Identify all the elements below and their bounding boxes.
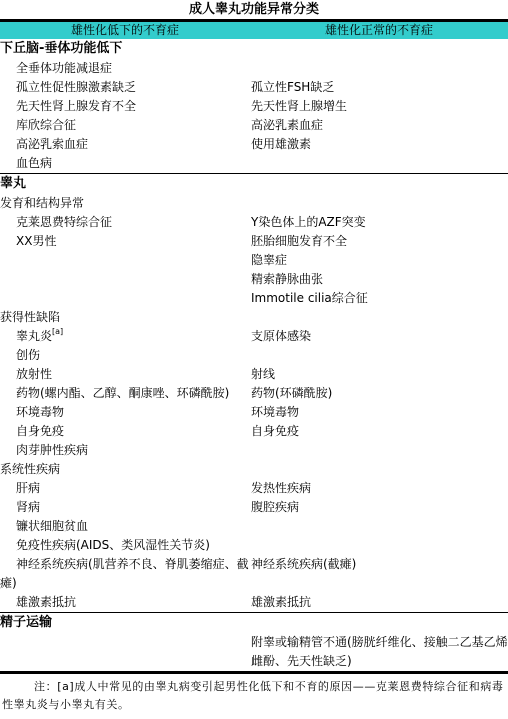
cell-left: 神经系统疾病(肌营养不良、脊肌萎缩症、截瘫)	[0, 555, 250, 593]
table-row: 隐睾症	[0, 251, 508, 270]
footnote: 注：[a]成人中常见的由睾丸病变引起男性化低下和不育的原因——克莱恩费特综合征和…	[0, 674, 508, 714]
table-row: Immotile cilia综合征	[0, 289, 508, 308]
cell-left: 自身免疫	[0, 422, 250, 441]
cell-left	[0, 251, 250, 270]
cell-right: 附睾或输精管不通(膀胱纤维化、接触二乙基乙烯雌酚、先天性缺乏)	[250, 633, 508, 673]
cell-left: 放射性	[0, 365, 250, 384]
column-header-normal-virilization: 雄性化正常的不育症	[250, 21, 508, 40]
table-row: 神经系统疾病(肌营养不良、脊肌萎缩症、截瘫) 神经系统疾病(截瘫)	[0, 555, 508, 593]
cell-right: Y染色体上的AZF突变	[250, 213, 508, 232]
cell-right: 雄激素抵抗	[250, 593, 508, 613]
cell-right: 支原体感染	[250, 327, 508, 346]
cell-left: 高泌乳索血症	[0, 135, 250, 154]
cell-right	[250, 517, 508, 536]
cell-right: 环境毒物	[250, 403, 508, 422]
cell-right: Immotile cilia综合征	[250, 289, 508, 308]
table-row: 环境毒物 环境毒物	[0, 403, 508, 422]
table-row: 睾丸炎[a] 支原体感染	[0, 327, 508, 346]
cell-left: 血色病	[0, 154, 250, 174]
cell-left: 孤立性促性腺激素缺乏	[0, 78, 250, 97]
table-row: 库欣综合征 高泌乳素血症	[0, 116, 508, 135]
subheading-row: 获得性缺陷	[0, 308, 508, 327]
cell-left: 药物(螺内酯、乙醇、酮康唑、环磷酰胺)	[0, 384, 250, 403]
cell-left	[0, 270, 250, 289]
table-row: 肾病 腹腔疾病	[0, 498, 508, 517]
cell-left: 免疫性疾病(AIDS、类风湿性关节炎)	[0, 536, 250, 555]
table-row: 自身免疫 自身免疫	[0, 422, 508, 441]
cell-left: 肾病	[0, 498, 250, 517]
table-row: 镰状细胞贫血	[0, 517, 508, 536]
cell-left: XX男性	[0, 232, 250, 251]
orchitis-label: 睾丸炎	[16, 329, 52, 343]
table-row: 肝病 发热性疾病	[0, 479, 508, 498]
section-heading-hypothalamic: 下丘脑-垂体功能低下	[0, 39, 508, 59]
cell-right	[250, 536, 508, 555]
cell-right	[250, 346, 508, 365]
cell-right: 腹腔疾病	[250, 498, 508, 517]
table-row: XX男性 胚胎细胞发育不全	[0, 232, 508, 251]
subheading-developmental: 发育和结构异常	[0, 194, 508, 213]
table-row: 先天性肾上腺发育不全 先天性肾上腺增生	[0, 97, 508, 116]
cell-left: 环境毒物	[0, 403, 250, 422]
table-row: 附睾或输精管不通(膀胱纤维化、接触二乙基乙烯雌酚、先天性缺乏)	[0, 633, 508, 673]
cell-right	[250, 441, 508, 460]
cell-right: 高泌乳素血症	[250, 116, 508, 135]
cell-right: 隐睾症	[250, 251, 508, 270]
section-heading-row: 下丘脑-垂体功能低下	[0, 39, 508, 59]
table-title: 成人睾丸功能异常分类	[0, 0, 508, 19]
cell-right: 精索静脉曲张	[250, 270, 508, 289]
table-row: 精索静脉曲张	[0, 270, 508, 289]
cell-left: 肉芽肿性疾病	[0, 441, 250, 460]
table-row: 肉芽肿性疾病	[0, 441, 508, 460]
subheading-acquired: 获得性缺陷	[0, 308, 508, 327]
header-row: 雄性化低下的不育症 雄性化正常的不育症	[0, 21, 508, 40]
cell-left: 全垂体功能减退症	[0, 59, 250, 78]
cell-right: 胚胎细胞发育不全	[250, 232, 508, 251]
cell-left: 雄激素抵抗	[0, 593, 250, 613]
footnote-marker[interactable]: [a]	[52, 327, 63, 336]
cell-left: 库欣综合征	[0, 116, 250, 135]
cell-right	[250, 154, 508, 174]
table-row: 放射性 射线	[0, 365, 508, 384]
cell-left	[0, 289, 250, 308]
table-row: 全垂体功能减退症	[0, 59, 508, 78]
cell-left: 睾丸炎[a]	[0, 327, 250, 346]
cell-right: 神经系统疾病(截瘫)	[250, 555, 508, 593]
table-row: 雄激素抵抗 雄激素抵抗	[0, 593, 508, 613]
cell-left: 克莱恩费特综合征	[0, 213, 250, 232]
cell-right: 发热性疾病	[250, 479, 508, 498]
column-header-hypogonadism: 雄性化低下的不育症	[0, 21, 250, 40]
section-heading-sperm-transport: 精子运输	[0, 613, 508, 634]
subheading-row: 系统性疾病	[0, 460, 508, 479]
table-row: 克莱恩费特综合征 Y染色体上的AZF突变	[0, 213, 508, 232]
table-row: 高泌乳索血症 使用雄激素	[0, 135, 508, 154]
cell-right: 射线	[250, 365, 508, 384]
classification-table: 雄性化低下的不育症 雄性化正常的不育症 下丘脑-垂体功能低下 全垂体功能减退症 …	[0, 19, 508, 674]
cell-right: 使用雄激素	[250, 135, 508, 154]
cell-right: 药物(环磷酰胺)	[250, 384, 508, 403]
section-heading-row: 睾丸	[0, 174, 508, 195]
cell-right	[250, 59, 508, 78]
table-row: 血色病	[0, 154, 508, 174]
subheading-systemic: 系统性疾病	[0, 460, 508, 479]
cell-right: 孤立性FSH缺乏	[250, 78, 508, 97]
table-row: 孤立性促性腺激素缺乏 孤立性FSH缺乏	[0, 78, 508, 97]
cell-left: 先天性肾上腺发育不全	[0, 97, 250, 116]
cell-right: 先天性肾上腺增生	[250, 97, 508, 116]
cell-left: 创伤	[0, 346, 250, 365]
cell-left	[0, 633, 250, 673]
section-heading-row: 精子运输	[0, 613, 508, 634]
cell-left: 肝病	[0, 479, 250, 498]
subheading-row: 发育和结构异常	[0, 194, 508, 213]
table-row: 药物(螺内酯、乙醇、酮康唑、环磷酰胺) 药物(环磷酰胺)	[0, 384, 508, 403]
cell-right: 自身免疫	[250, 422, 508, 441]
table-row: 免疫性疾病(AIDS、类风湿性关节炎)	[0, 536, 508, 555]
section-heading-testis: 睾丸	[0, 174, 508, 195]
cell-left: 镰状细胞贫血	[0, 517, 250, 536]
table-row: 创伤	[0, 346, 508, 365]
